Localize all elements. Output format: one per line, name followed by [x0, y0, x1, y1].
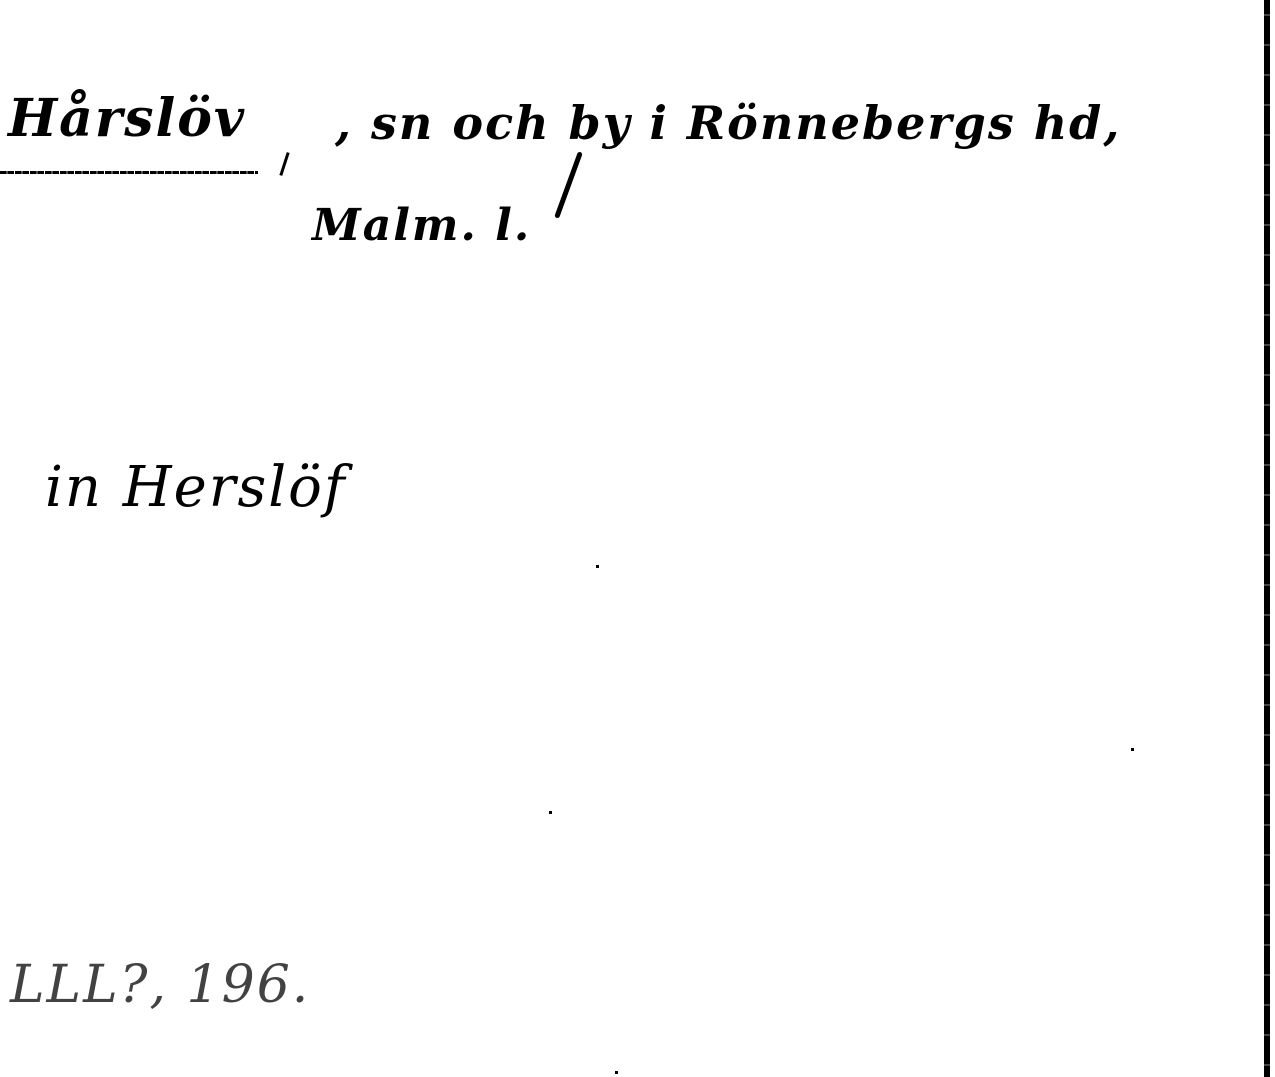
headword-underline	[0, 171, 258, 174]
headword: Hårslöv	[8, 88, 246, 149]
scan-speck	[596, 565, 599, 568]
source-reference: LLL?, 196.	[10, 955, 310, 1015]
scan-speck	[1131, 748, 1134, 751]
scan-speck	[615, 1071, 618, 1074]
entry-region: Malm. l.	[312, 200, 531, 251]
index-card: Hårslöv , sn och by i Rönnebergs hd, Mal…	[0, 0, 1275, 1077]
comma-mark	[279, 152, 289, 176]
card-edge-border	[1264, 0, 1270, 1077]
scan-speck	[549, 811, 552, 814]
historical-form-annotation: in Herslöf	[45, 455, 347, 520]
entry-description: , sn och by i Rönnebergs hd,	[335, 96, 1121, 150]
pen-stroke	[554, 151, 583, 218]
